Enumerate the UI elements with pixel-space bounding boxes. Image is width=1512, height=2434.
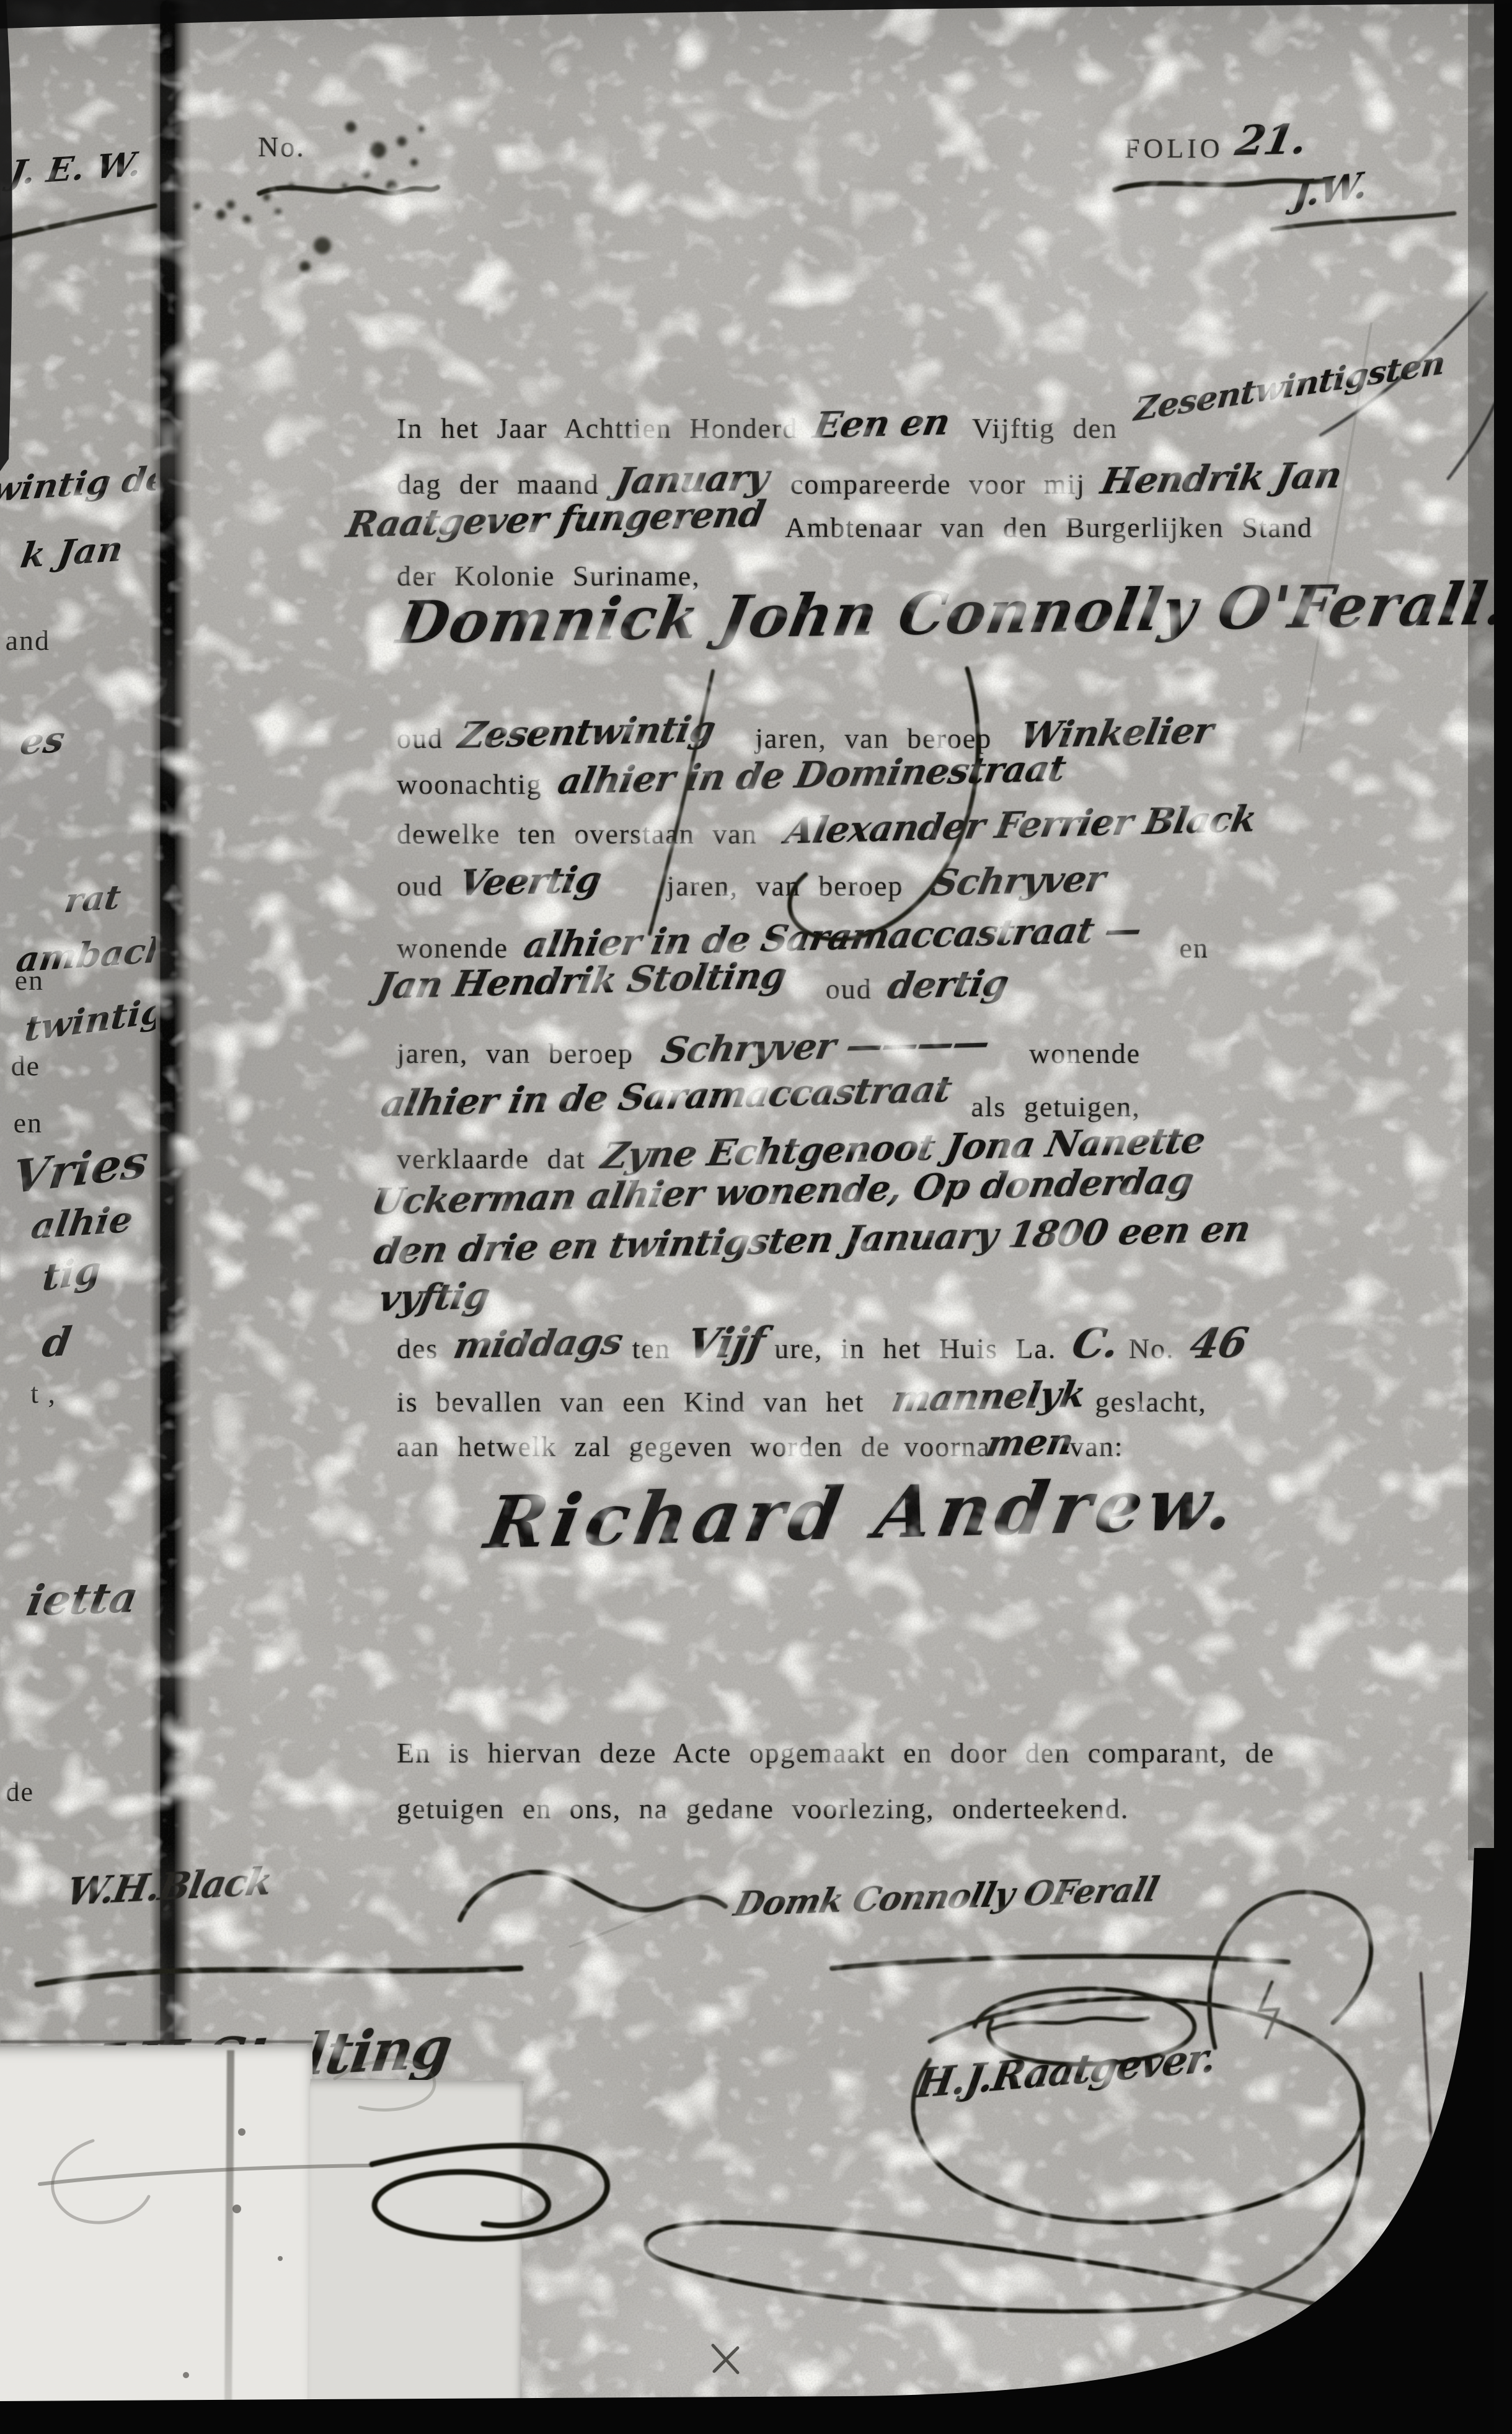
printed-text: compareerde voor mij (790, 468, 1085, 500)
printed-text: oud (826, 973, 872, 1005)
printed-text: woonachtig (397, 768, 542, 800)
left-fragment: and (6, 624, 50, 657)
act-line: Jan Hendrik Stoltingouddertig (374, 965, 1004, 1007)
act-line: wonendealhier in de Saramaccastraat —en (397, 924, 1209, 966)
act-line: dag der maandJanuarycompareerde voor mij… (397, 460, 1337, 502)
printed-text: van: (1069, 1431, 1123, 1462)
printed-text: wonende (397, 932, 508, 964)
handwritten-text: middags (451, 1320, 627, 1367)
left-fragment: rat (61, 877, 123, 920)
printed-text: getuigen en ons, na gedane voorlezing, o… (397, 1793, 1129, 1824)
act-line: woonachtigalhier in de Dominestraat (397, 760, 1059, 802)
printed-text: No. (1129, 1333, 1175, 1364)
printed-text: verklaarde dat (397, 1143, 586, 1175)
act-line: dewelke ten overstaan vanAlexander Ferri… (397, 810, 1250, 852)
act-line: den drie en twintigsten January 1800 een… (372, 1230, 1242, 1273)
handwritten-text: Schryver (928, 858, 1109, 904)
act-line: desmiddagstenVijfure, in het Huis La.C.N… (397, 1320, 1244, 1368)
left-fragment: alhie (29, 1198, 136, 1247)
printed-text: jaren, van beroep (755, 722, 992, 754)
printed-text: en (1180, 932, 1209, 964)
left-fragment: wintig de (0, 458, 156, 509)
printed-text: oud (397, 722, 443, 754)
act-line: Raatgever fungerendAmbtenaar van den Bur… (345, 504, 1313, 546)
printed-text: ure, in het Huis La. (774, 1333, 1056, 1364)
handwritten-text: Veertig (455, 858, 605, 904)
handwritten-text: Hendrik Jan (1097, 454, 1345, 502)
handwritten-text: mannelyk (889, 1373, 1090, 1420)
printed-text: ten (632, 1333, 671, 1364)
handwritten-text: Een en (810, 401, 954, 446)
scanned-civil-record-photo: J. E. W. wintig de k Jan and es rat amba… (0, 0, 1512, 2434)
printed-text: als getuigen, (971, 1091, 1141, 1122)
handwritten-text: Zesentwintig (455, 708, 719, 757)
left-fragment: t , (30, 1377, 56, 1410)
left-fragment: en (14, 1106, 43, 1139)
printed-text: geslacht, (1095, 1386, 1206, 1418)
printed-text: In het Jaar Achttien Honderd (397, 412, 798, 444)
printed-text: voorna (904, 1431, 991, 1462)
folio-label: FOLIO (1125, 133, 1224, 164)
left-fragment: d (39, 1318, 74, 1367)
printed-text: Vijftig den (972, 412, 1118, 444)
act-line: jaren, van beroepSchryver ————wonende (397, 1029, 1141, 1072)
left-page-initials: J. E. W. (7, 144, 144, 192)
handwritten-text: Vijf (683, 1318, 769, 1368)
left-fragment: k Jan (18, 528, 126, 576)
repair-patch-left (0, 2044, 315, 2418)
printed-text: oud (397, 870, 443, 902)
no-label: No. (258, 130, 306, 163)
act-line: aan hetwelk zal gegeven worden devoornam… (397, 1423, 1124, 1465)
handwritten-text: C. (1068, 1318, 1123, 1368)
printed-text: dag der maand (397, 468, 599, 500)
printed-text: des (397, 1333, 438, 1364)
left-fragment: twintig (22, 990, 156, 1050)
printed-text: jaren, van beroep (666, 870, 903, 902)
act-line: is bevallen van een Kind van hetmannelyk… (397, 1378, 1207, 1420)
left-fragment: es (17, 718, 68, 763)
handwritten-text: 46 (1186, 1318, 1252, 1368)
patch-top-gap-shadow (0, 2040, 313, 2043)
repair-patch-right (307, 2079, 524, 2409)
act-line: En is hiervan deze Acte opgemaakt en doo… (397, 1736, 1275, 1769)
act-line: getuigen en ons, na gedane voorlezing, o… (397, 1792, 1129, 1825)
printed-text: aan hetwelk zal gegeven worden de (397, 1431, 890, 1462)
left-fragment: Vries (9, 1135, 151, 1204)
act-line: vyftig (377, 1277, 486, 1320)
handwritten-text: vyftig (375, 1274, 493, 1320)
printed-text: En is hiervan deze Acte opgemaakt en doo… (397, 1737, 1275, 1769)
printed-text: wonende (1029, 1037, 1141, 1069)
act-line: alhier in de Saramaccastraatals getuigen… (379, 1083, 1141, 1125)
printed-text: jaren, van beroep (397, 1037, 634, 1069)
folio-number-handwritten: 21. (1232, 115, 1311, 165)
left-fragment: tig (40, 1248, 102, 1300)
left-fragment: en (15, 964, 44, 997)
act-line: oudVeertigjaren, van beroepSchryver (397, 862, 1101, 904)
act-line: In het Jaar Achttien HonderdEen enVijfti… (397, 404, 1433, 446)
printed-text: dewelke ten overstaan van (397, 818, 758, 850)
printed-text: Ambtenaar van den Burgerlijken Stand (785, 512, 1313, 543)
handwritten-text: men (983, 1420, 1077, 1465)
printed-text: is bevallen van een Kind van het (397, 1386, 864, 1418)
handwritten-text: dertig (884, 962, 1012, 1007)
left-fragment: de (6, 1776, 34, 1808)
left-fragment: ietta (23, 1573, 143, 1626)
left-fragment: de (11, 1049, 40, 1082)
act-line: oudZesentwintigjaren, van beroepWinkelie… (397, 714, 1209, 757)
handwritten-text: Schryver ———— (658, 1021, 993, 1072)
